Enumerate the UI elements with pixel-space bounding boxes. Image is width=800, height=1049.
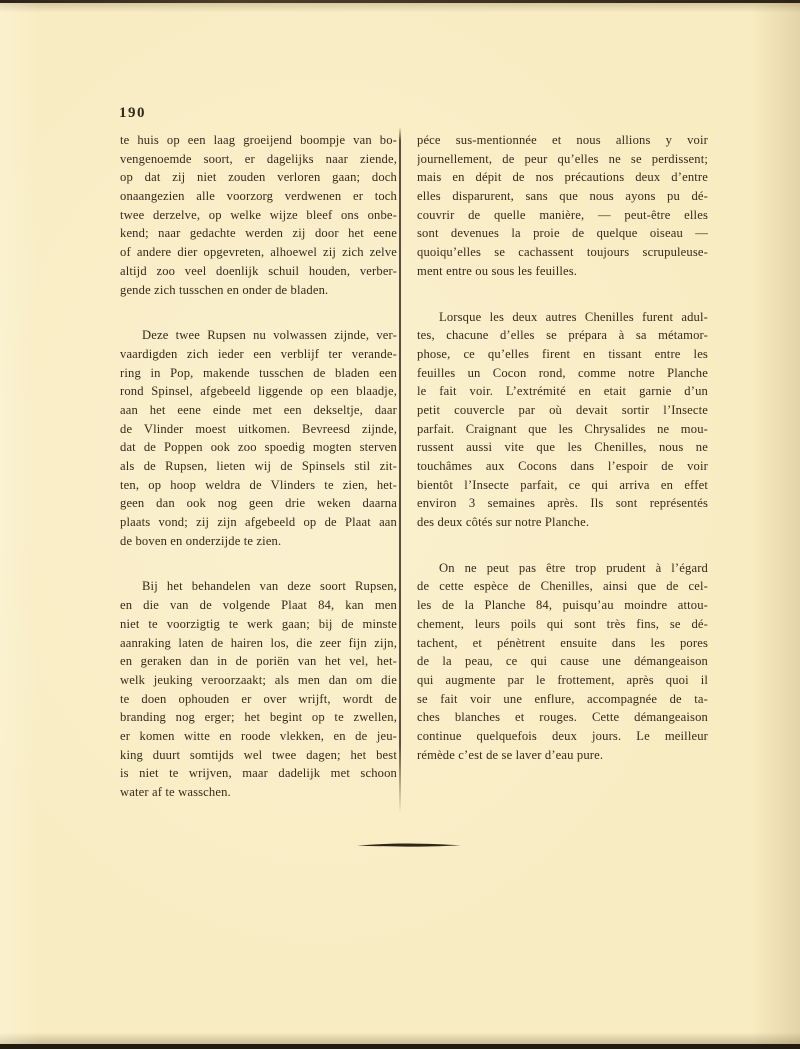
text-line: aanraking laten de hairen los, die zeer … [120,634,397,653]
text-line: water af te wasschen. [120,783,397,802]
text-line: de la peau, ce qui cause une démangeaiso… [417,652,708,671]
text-line: environ 3 semaines après. Ils sont repré… [417,494,708,513]
text-line: se fait voir une enflure, accompagnée de… [417,690,708,709]
text-line: altijd zoo veel doenlijk schuil houden, … [120,262,397,281]
text-line: tes, chacune d’elles se prépara à sa mét… [417,326,708,345]
text-line: welk jeuking veroorzaakt; als men dan om… [120,671,397,690]
text-line: onaangezien alle voorzorg verdwenen er t… [120,187,397,206]
text-line: petit couvercle par où devait sortir l’I… [417,401,708,420]
text-line: geen dan ook nog geen drie weken daarna [120,494,397,513]
text-line: en die van de volgende Plaat 84, kan men [120,596,397,615]
book-page: 190 te huis op een laag groeijend boompj… [0,0,800,1049]
text-line: niet te voorzigtig te werk gaan; bij de … [120,615,397,634]
text-line: op dat zij niet zouden verloren gaan; do… [120,168,397,187]
text-line: ment entre ou sous les feuilles. [417,262,708,281]
text-line: rond Spinsel, afgebeeld liggende op een … [120,382,397,401]
text-line: vaardigden zich ieder een verblijf ter v… [120,345,397,364]
text-line: tachent, et pénètrent ensuite dans les p… [417,634,708,653]
text-line: les de la Planche 84, puisqu’au moindre … [417,596,708,615]
text-line: vengenoemde soort, er dagelijks naar zie… [120,150,397,169]
text-line: sont devenues la proie de quelque oiseau… [417,224,708,243]
text-line: On ne peut pas être trop prudent à l’éga… [417,559,708,578]
paragraph: On ne peut pas être trop prudent à l’éga… [417,559,708,765]
text-line: qui augmente par le frottement, après qu… [417,671,708,690]
text-line: dat de Poppen ook zoo spoedig mogten ste… [120,438,397,457]
text-line: mais en dépit de nos précautions deux d’… [417,168,708,187]
paragraph: Lorsque les deux autres Chenilles furent… [417,308,708,532]
section-end-rule [357,836,461,843]
text-line: péce sus-mentionnée et nous allions y vo… [417,131,708,150]
text-line: plaats vond; zij zijn afgebeeld op de Pl… [120,513,397,532]
text-line: des deux côtés sur notre Planche. [417,513,708,532]
text-line: bientôt l’Insecte parfait, ce qui arriva… [417,476,708,495]
text-line: of andere dier opgevreten, alhoewel zij … [120,243,397,262]
text-line: rémède c’est de se laver d’eau pure. [417,746,708,765]
paragraph: te huis op een laag groeijend boompje va… [120,131,397,299]
page-number: 190 [119,105,146,122]
text-line: couvrir de quelle manière, — peut-être e… [417,206,708,225]
text-line: Bij het behandelen van deze soort Rupsen… [120,577,397,596]
text-line: ten, op hoop weldra de Vlinders te zien,… [120,476,397,495]
text-line: phose, ce qu’elles firent en tissant ent… [417,345,708,364]
text-line: touchâmes aux Cocons dans l’espoir de vo… [417,457,708,476]
text-line: parfait. Craignant que les Chrysalides n… [417,420,708,439]
text-line: er komen witte en roode vlekken, en de j… [120,727,397,746]
text-line: feuilles un Cocon rond, comme notre Plan… [417,364,708,383]
text-line: king duurt somtijds wel twee dagen; het … [120,746,397,765]
text-line: en geraken dan in de poriën van het vel,… [120,652,397,671]
text-line: als de Rupsen, lieten wij de Spinsels st… [120,457,397,476]
text-line: branding nog erger; het begint op te zwe… [120,708,397,727]
page-bottom-edge [0,1044,800,1049]
text-line: quoiqu’elles se cachassent toujours scru… [417,243,708,262]
text-line: elles disparurent, sans que nous ayons p… [417,187,708,206]
text-line: aan het eene einde met een dekseltje, da… [120,401,397,420]
right-column-french-text: péce sus-mentionnée et nous allions y vo… [417,131,708,764]
text-line: ring in Pop, makende tusschen de bladen … [120,364,397,383]
text-line: te doen ophouden er over wrijft, wordt d… [120,690,397,709]
paragraph: péce sus-mentionnée et nous allions y vo… [417,131,708,281]
column-divider-rule [399,127,401,813]
text-line: Deze twee Rupsen nu volwassen zijnde, ve… [120,326,397,345]
left-column-dutch-text: te huis op een laag groeijend boompje va… [120,131,397,802]
text-line: continue quelquefois deux jours. Le meil… [417,727,708,746]
text-line: gende zich tusschen en onder de bladen. [120,281,397,300]
text-line: kend; naar gedachte werden zij door het … [120,224,397,243]
page-top-edge [0,0,800,3]
text-line: te huis op een laag groeijend boompje va… [120,131,397,150]
text-line: de boven en onderzijde te zien. [120,532,397,551]
text-line: ches blanches et rouges. Cette démangeai… [417,708,708,727]
text-line: twee derzelve, op welke wijze bleef ons … [120,206,397,225]
text-line: de Vlinder moest uitkomen. Bevreesd zijn… [120,420,397,439]
paragraph: Deze twee Rupsen nu volwassen zijnde, ve… [120,326,397,550]
text-line: le fait voir. L’extrémité en etait garni… [417,382,708,401]
text-line: journellement, de peur qu’elles ne se pe… [417,150,708,169]
text-line: russent aussi vite que les Chenilles, no… [417,438,708,457]
text-line: chement, leurs poils qui sont très fins,… [417,615,708,634]
text-line: Lorsque les deux autres Chenilles furent… [417,308,708,327]
text-line: de cette espèce de Chenilles, ainsi que … [417,577,708,596]
paragraph: Bij het behandelen van deze soort Rupsen… [120,577,397,801]
text-line: is niet te wrijven, maar dadelijk met sc… [120,764,397,783]
